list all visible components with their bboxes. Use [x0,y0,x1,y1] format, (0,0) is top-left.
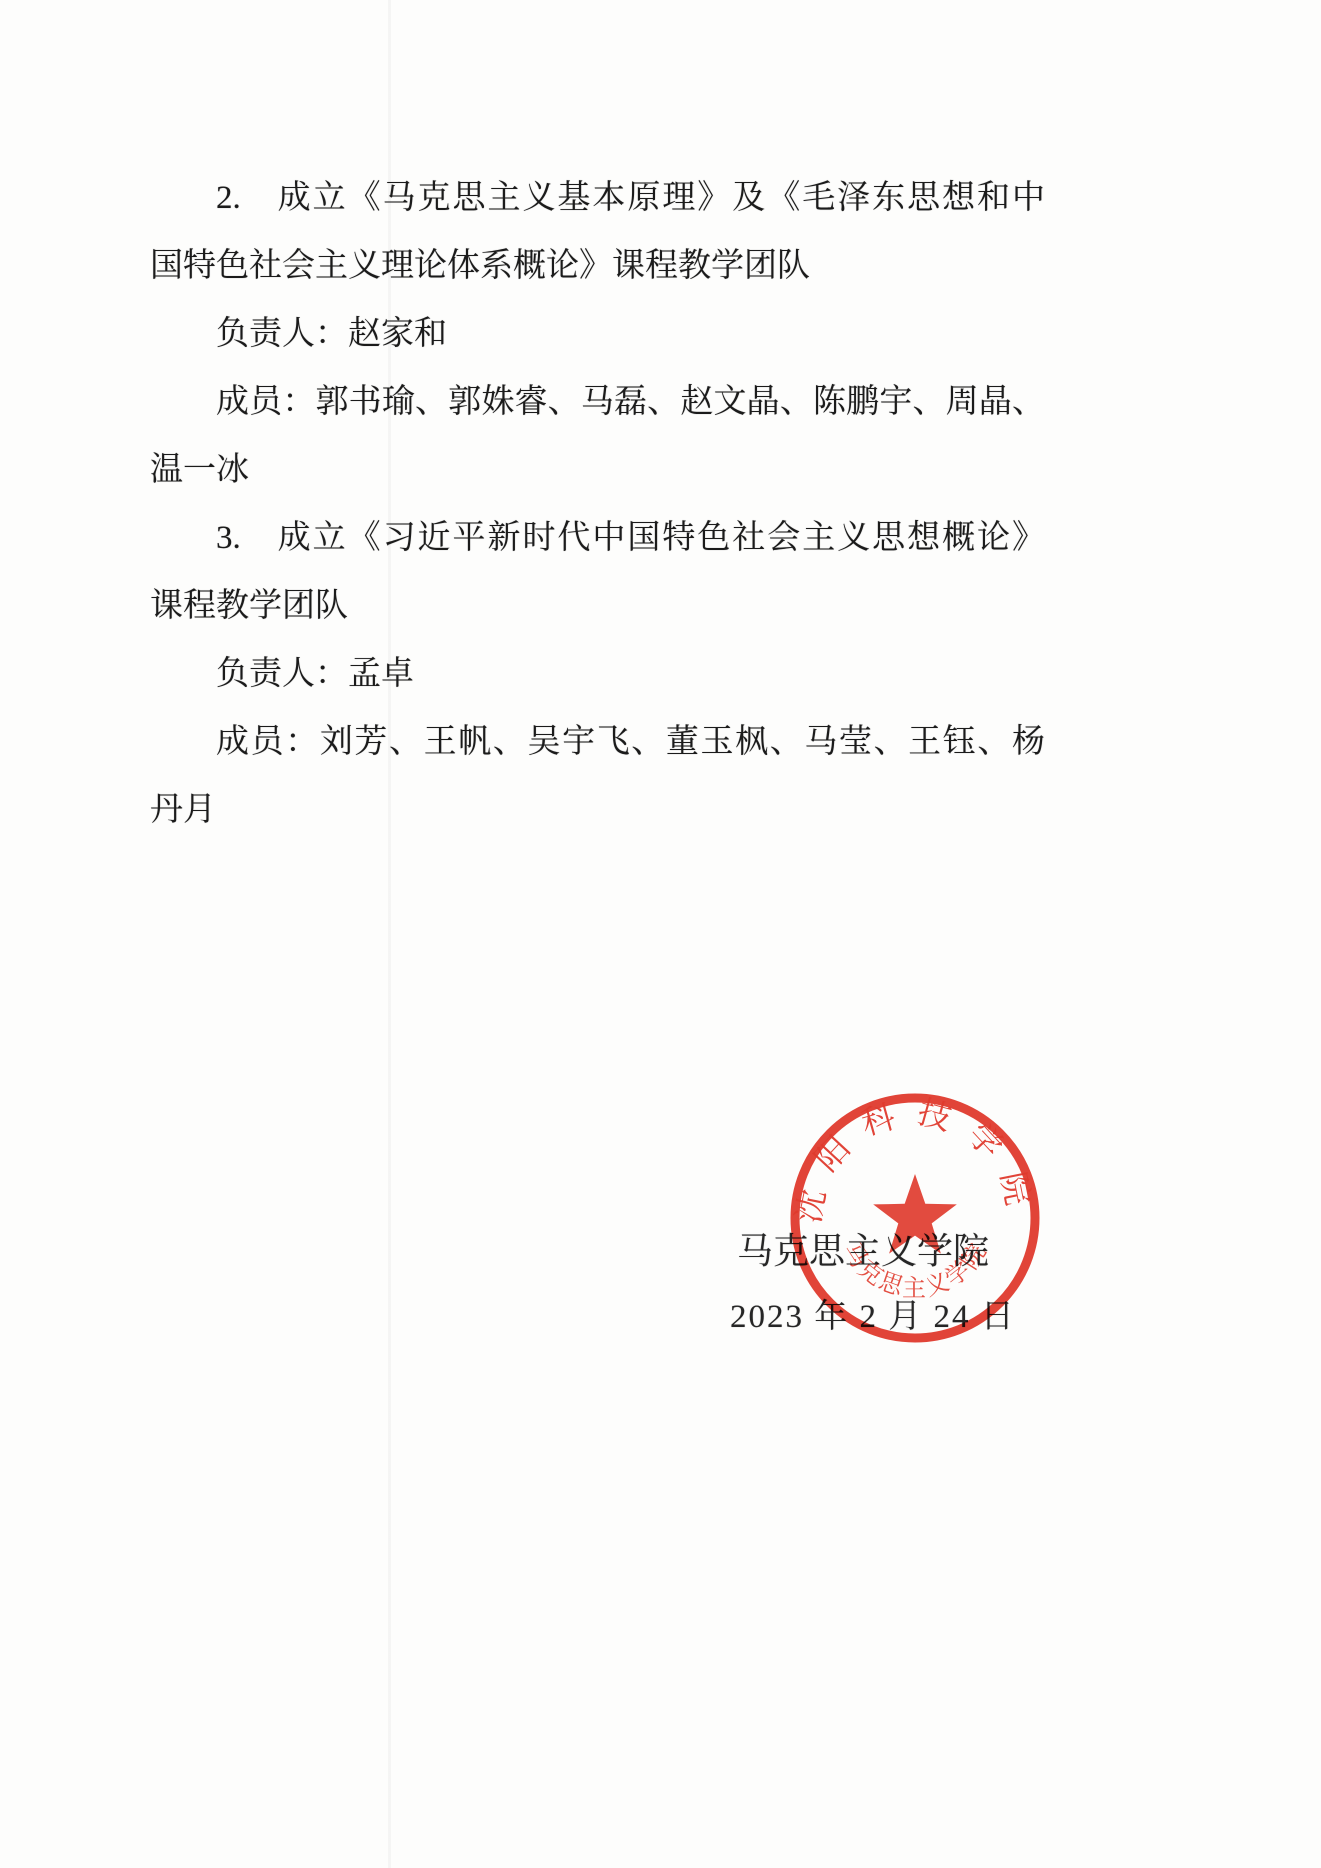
star-icon [873,1174,957,1254]
seal-bottom-text: 马克思主义学院 [837,1238,993,1302]
official-seal: 沈阳科技学院 马克思主义学院 [785,1088,1045,1348]
document-line: 温一冰 [150,436,1045,504]
document-body: 2. 成立《马克思主义基本原理》及《毛泽东思想和中国特色社会主义理论体系概论》课… [150,164,1045,844]
document-line: 成员：郭书瑜、郭姝睿、马磊、赵文晶、陈鹏宇、周晶、 [150,368,1045,436]
document-line: 负责人：孟卓 [150,640,1045,708]
document-line: 2. 成立《马克思主义基本原理》及《毛泽东思想和中 [150,164,1045,232]
document-line: 国特色社会主义理论体系概论》课程教学团队 [150,232,1045,300]
document-line: 课程教学团队 [150,572,1045,640]
document-page: 2. 成立《马克思主义基本原理》及《毛泽东思想和中国特色社会主义理论体系概论》课… [0,0,1321,1868]
document-line: 负责人：赵家和 [150,300,1045,368]
document-line: 3. 成立《习近平新时代中国特色社会主义思想概论》 [150,504,1045,572]
document-line: 成员：刘芳、王帆、吴宇飞、董玉枫、马莹、王钰、杨 [150,708,1045,776]
document-line: 丹月 [150,776,1045,844]
